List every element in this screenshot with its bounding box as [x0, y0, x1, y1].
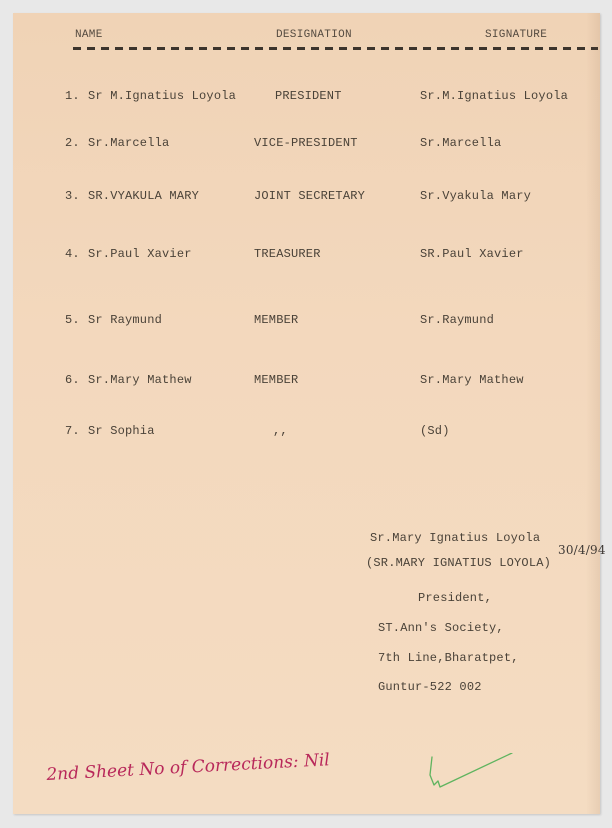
member-name: Sr Raymund [88, 313, 162, 327]
row-number: 7. [65, 424, 80, 438]
member-designation: MEMBER [254, 313, 298, 327]
handwritten-corrections-note: 2nd Sheet No of Corrections: Nil [46, 750, 330, 785]
member-designation: MEMBER [254, 373, 298, 387]
address-line-1: 7th Line,Bharatpet, [378, 651, 519, 665]
member-designation: ,, [273, 424, 288, 438]
organization: ST.Ann's Society, [378, 621, 504, 635]
member-signature: SR.Paul Xavier [420, 247, 524, 261]
member-signature: Sr.M.Ignatius Loyola [420, 89, 568, 103]
member-name: SR.VYAKULA MARY [88, 189, 199, 203]
member-name: Sr Sophia [88, 424, 155, 438]
signed-name: Sr.Mary Ignatius Loyola [370, 531, 540, 545]
row-number: 4. [65, 247, 80, 261]
member-name: Sr.Mary Mathew [88, 373, 192, 387]
row-number: 6. [65, 373, 80, 387]
address-line-2: Guntur-522 002 [378, 680, 482, 694]
document-page: NAME DESIGNATION SIGNATURE 1.Sr M.Ignati… [13, 13, 600, 814]
green-checkmark-icon [428, 753, 518, 803]
member-signature: Sr.Raymund [420, 313, 494, 327]
member-designation: JOINT SECRETARY [254, 189, 365, 203]
header-divider [73, 47, 598, 50]
member-designation: PRESIDENT [275, 89, 342, 103]
member-signature: Sr.Mary Mathew [420, 373, 524, 387]
row-number: 3. [65, 189, 80, 203]
signature-date: 30/4/94 [558, 543, 606, 557]
member-signature: Sr.Marcella [420, 136, 501, 150]
row-number: 2. [65, 136, 80, 150]
member-name: Sr M.Ignatius Loyola [88, 89, 236, 103]
row-number: 5. [65, 313, 80, 327]
column-header-name: NAME [75, 29, 103, 41]
member-signature: (Sd) [420, 424, 450, 438]
typed-name: (SR.MARY IGNATIUS LOYOLA) [366, 556, 551, 570]
member-name: Sr.Marcella [88, 136, 169, 150]
member-signature: Sr.Vyakula Mary [420, 189, 531, 203]
member-designation: VICE-PRESIDENT [254, 136, 358, 150]
title: President, [418, 591, 492, 605]
member-designation: TREASURER [254, 247, 321, 261]
column-header-signature: SIGNATURE [485, 29, 547, 41]
row-number: 1. [65, 89, 80, 103]
member-name: Sr.Paul Xavier [88, 247, 192, 261]
column-header-designation: DESIGNATION [276, 29, 352, 41]
